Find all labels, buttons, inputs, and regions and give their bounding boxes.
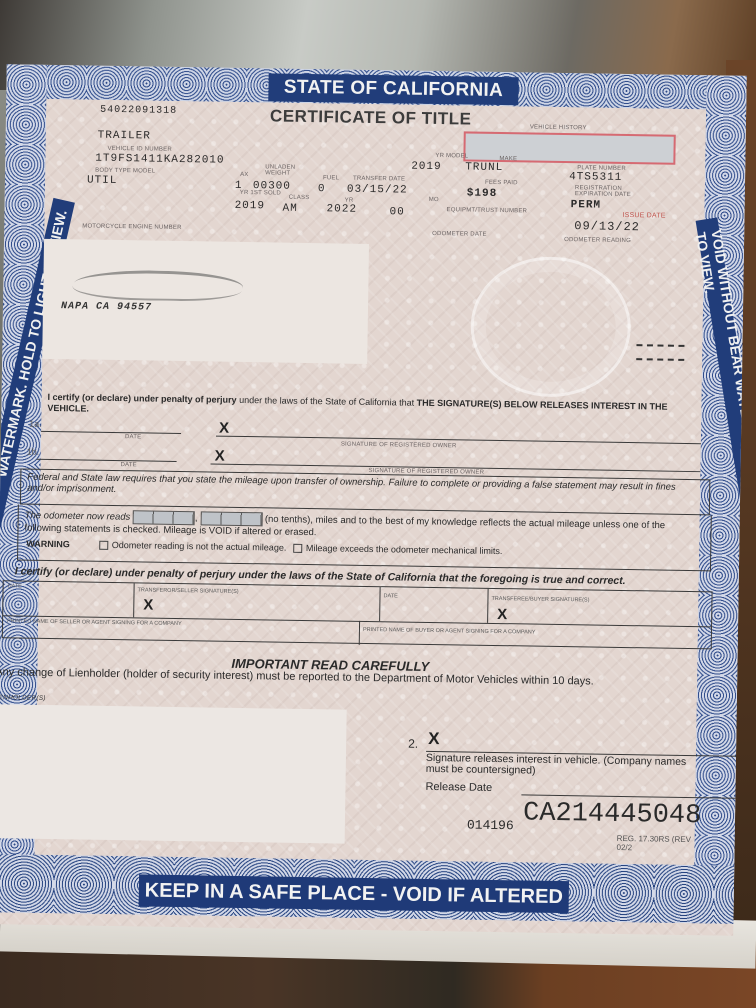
buyer-name-label: PRINTED NAME OF BUYER OR AGENT SIGNING F… (363, 627, 536, 636)
vehicle-type: TRAILER (98, 130, 151, 143)
mo-label: MO (429, 197, 439, 203)
body-type-label: BODY TYPE MODEL (95, 168, 155, 175)
safe-place-banner: KEEP IN A SAFE PLACE - VOID IF ALTERED (139, 874, 569, 913)
form-number: REG. 17.30RS (REV 02/2 (617, 834, 695, 853)
document-number: 54022091318 (100, 105, 177, 117)
state-seal (470, 256, 632, 398)
transfer-date-label: TRANSFER DATE (353, 176, 405, 183)
buyer-date-label: DATE (383, 593, 397, 599)
odometer-digits-units[interactable] (200, 511, 262, 526)
fuel-value: 0 (318, 183, 326, 195)
vin-label: VEHICLE ID NUMBER (107, 146, 172, 153)
vin-value: 1T9FS1411KA282010 (95, 153, 224, 167)
signature-line-1a[interactable] (216, 436, 701, 445)
signature-label-1a: SIGNATURE OF REGISTERED OWNER (341, 442, 457, 450)
dash-mark (636, 358, 684, 361)
owner-signature-scribble (68, 269, 249, 301)
make-value: TRUNL (465, 161, 503, 174)
dash-mark (636, 344, 684, 347)
issue-date-value: 09/13/22 (574, 219, 640, 234)
date-line-1b[interactable] (37, 459, 177, 462)
seller-signature-label: TRANSFEROR/SELLER SIGNATURE(S) (138, 587, 239, 595)
plate-value: 4TS5311 (569, 171, 622, 184)
lienholder-label: LIENHOLDER(S) (0, 694, 46, 702)
odometer-statement-box: The odometer now reads , (no tenths), mi… (17, 504, 712, 571)
certificate-title: CERTIFICATE OF TITLE (270, 106, 472, 129)
state-banner: STATE OF CALIFORNIA (268, 73, 518, 105)
checkbox-exceeds-limits[interactable] (293, 544, 302, 553)
line-1b-label: 1b. (27, 447, 40, 457)
reg-exp-label: REGISTRATION EXPIRATION DATE (575, 185, 645, 198)
checkbox-not-actual-mileage[interactable] (99, 541, 108, 550)
class-label: CLASS (289, 195, 310, 201)
seller-date-label: DATE (8, 583, 22, 589)
unladen-label: UNLADEN WEIGHT (265, 164, 305, 177)
line-2-label: 2. (408, 737, 418, 751)
buyer-signature-label: TRANSFEREE/BUYER SIGNATURE(S) (491, 596, 589, 604)
lienholder-redacted-block (0, 704, 347, 843)
vehicle-history-box (463, 131, 675, 164)
odometer-digits-thousands[interactable] (133, 510, 195, 525)
odometer-reading-label: ODOMETER READING (564, 237, 631, 244)
reg-exp-value: PERM (571, 199, 602, 211)
buyer-date-field[interactable] (378, 607, 478, 623)
control-number: CA214445048 (523, 798, 702, 831)
class-value: AM (282, 203, 297, 215)
year-model-label: YR MODEL (435, 153, 468, 160)
odometer-date-label: ODOMETER DATE (432, 231, 487, 238)
certificate-body: 54022091318 CERTIFICATE OF TITLE VEHICLE… (34, 99, 706, 865)
issue-date-label: ISSUE DATE (622, 212, 665, 220)
vehicle-history-label: VEHICLE HISTORY (530, 124, 587, 131)
release-date-label: Release Date (425, 781, 492, 794)
yr-first-sold-label: YR 1ST SOLD (240, 190, 281, 197)
seller-date-field[interactable] (2, 601, 132, 617)
seller-name-label: PRINTED NAME OF SELLER OR AGENT SIGNING … (7, 618, 182, 627)
fees-paid-value: $198 (467, 187, 498, 199)
release-certify-text: I certify (or declare) under penalty of … (47, 392, 707, 424)
small-serial-number: 014196 (467, 818, 514, 834)
owner-address: NAPA CA 94557 (61, 301, 152, 313)
mo-value: 00 (389, 206, 404, 218)
odometer-law-text: Federal and State law requires that you … (21, 470, 709, 507)
x-mark-1a: X (219, 420, 229, 437)
date-label-1b: DATE (120, 462, 136, 468)
lienholder-signature-note: Signature releases interest in vehicle. … (426, 753, 706, 779)
fees-paid-label: FEES PAID (485, 180, 518, 187)
fuel-label: FUEL (323, 175, 339, 181)
ax-label: AX (240, 172, 248, 178)
x-mark-1b: X (215, 448, 225, 465)
line-1a-label: 1a. (29, 419, 42, 429)
certificate-of-title: STATE OF CALIFORNIA WATERMARK. HOLD TO L… (0, 64, 747, 936)
yr-first-sold-value: 2019 (235, 200, 266, 212)
engine-number-label: MOTORCYCLE ENGINE NUMBER (82, 223, 181, 231)
body-type-value: UTIL (87, 175, 118, 187)
equipment-label: EQUIPMT/TRUST NUMBER (447, 207, 528, 214)
transfer-date-value: 03/15/22 (347, 184, 408, 197)
lienholder-x-mark: X (428, 729, 440, 749)
date-label-1a: DATE (125, 434, 141, 440)
yr-value: 2022 (326, 203, 357, 215)
date-line-1a[interactable] (41, 431, 181, 434)
owner-address-block: NAPA CA 94557 (42, 239, 369, 364)
year-model-value: 2019 (411, 161, 442, 173)
